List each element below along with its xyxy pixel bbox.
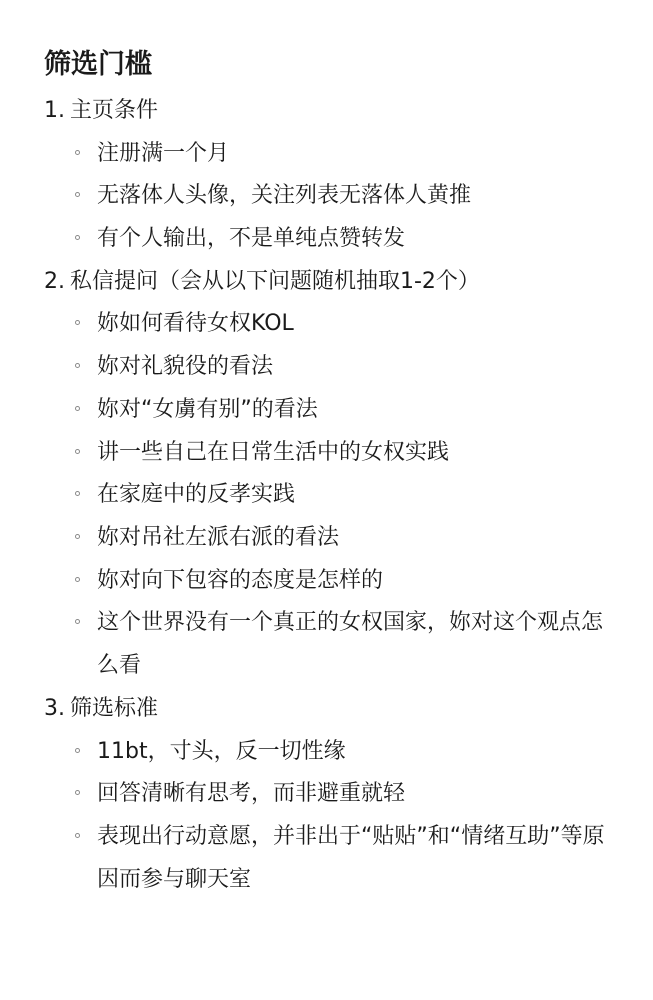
list-item-text: 11bt，寸头，反一切性缘 [97, 739, 346, 764]
section-number: 1. [44, 90, 70, 133]
hollow-circle-bullet-icon [75, 150, 80, 155]
hollow-circle-bullet-icon [75, 320, 80, 325]
list-item-text: 在家庭中的反孝实践 [97, 482, 295, 507]
section-heading: 1. 主页条件 [44, 90, 614, 133]
hollow-circle-bullet-icon [75, 534, 80, 539]
item-list: 注册满一个月 无落体人头像，关注列表无落体人黄推 有个人输出，不是单纯点赞转发 [44, 133, 614, 261]
list-item: 讲一些自己在日常生活中的女权实践 [44, 432, 609, 475]
page-title: 筛选门槛 [44, 44, 614, 86]
list-item-text: 妳如何看待女权KOL [97, 311, 294, 336]
list-item: 注册满一个月 [44, 133, 609, 176]
list-item-text: 回答清晰有思考，而非避重就轻 [97, 781, 405, 806]
list-item-text: 妳对吊社左派右派的看法 [97, 525, 339, 550]
hollow-circle-bullet-icon [75, 748, 80, 753]
list-item-text: 妳对“女虜有别”的看法 [97, 397, 318, 422]
list-item: 回答清晰有思考，而非避重就轻 [44, 773, 609, 816]
item-list: 妳如何看待女权KOL 妳对礼貌役的看法 妳对“女虜有别”的看法 讲一些自己在日常… [44, 303, 614, 687]
hollow-circle-bullet-icon [75, 449, 80, 454]
section-dm-questions: 2. 私信提问（会从以下问题随机抽取1-2个） 妳如何看待女权KOL 妳对礼貌役… [44, 261, 614, 688]
section-number: 2. [44, 261, 70, 304]
section-heading-text: 筛选标准 [70, 688, 158, 731]
hollow-circle-bullet-icon [75, 790, 80, 795]
list-item-text: 这个世界没有一个真正的女权国家，妳对这个观点怎么看 [97, 610, 603, 678]
list-item-text: 无落体人头像，关注列表无落体人黄推 [97, 183, 471, 208]
list-item-text: 妳对礼貌役的看法 [97, 354, 273, 379]
document: 筛选门槛 1. 主页条件 注册满一个月 无落体人头像，关注列表无落体人黄推 有个… [44, 44, 614, 901]
list-item: 妳对吊社左派右派的看法 [44, 517, 609, 560]
section-heading: 3. 筛选标准 [44, 688, 614, 731]
hollow-circle-bullet-icon [75, 491, 80, 496]
section-heading-text: 私信提问（会从以下问题随机抽取1-2个） [70, 261, 480, 304]
list-item: 妳对礼貌役的看法 [44, 346, 609, 389]
item-list: 11bt，寸头，反一切性缘 回答清晰有思考，而非避重就轻 表现出行动意愿，并非出… [44, 731, 614, 902]
hollow-circle-bullet-icon [75, 192, 80, 197]
list-item-text: 表现出行动意愿，并非出于“贴贴”和“情绪互助”等原因而参与聊天室 [97, 824, 605, 892]
list-item: 妳对“女虜有别”的看法 [44, 389, 609, 432]
hollow-circle-bullet-icon [75, 406, 80, 411]
section-heading-text: 主页条件 [70, 90, 158, 133]
hollow-circle-bullet-icon [75, 619, 80, 624]
list-item-text: 妳对向下包容的态度是怎样的 [97, 568, 383, 593]
list-item-text: 讲一些自己在日常生活中的女权实践 [97, 440, 449, 465]
list-item: 妳对向下包容的态度是怎样的 [44, 560, 609, 603]
list-item: 表现出行动意愿，并非出于“贴贴”和“情绪互助”等原因而参与聊天室 [44, 816, 609, 901]
section-homepage-conditions: 1. 主页条件 注册满一个月 无落体人头像，关注列表无落体人黄推 有个人输出，不… [44, 90, 614, 261]
section-heading: 2. 私信提问（会从以下问题随机抽取1-2个） [44, 261, 614, 304]
hollow-circle-bullet-icon [75, 833, 80, 838]
list-item-text: 注册满一个月 [97, 141, 229, 166]
list-item: 在家庭中的反孝实践 [44, 474, 609, 517]
section-number: 3. [44, 688, 70, 731]
list-item: 这个世界没有一个真正的女权国家，妳对这个观点怎么看 [44, 602, 609, 687]
hollow-circle-bullet-icon [75, 363, 80, 368]
list-item: 11bt，寸头，反一切性缘 [44, 731, 609, 774]
section-screening-criteria: 3. 筛选标准 11bt，寸头，反一切性缘 回答清晰有思考，而非避重就轻 表现出… [44, 688, 614, 902]
list-item-text: 有个人输出，不是单纯点赞转发 [97, 226, 405, 251]
hollow-circle-bullet-icon [75, 235, 80, 240]
list-item: 妳如何看待女权KOL [44, 303, 609, 346]
hollow-circle-bullet-icon [75, 577, 80, 582]
list-item: 无落体人头像，关注列表无落体人黄推 [44, 175, 609, 218]
list-item: 有个人输出，不是单纯点赞转发 [44, 218, 609, 261]
